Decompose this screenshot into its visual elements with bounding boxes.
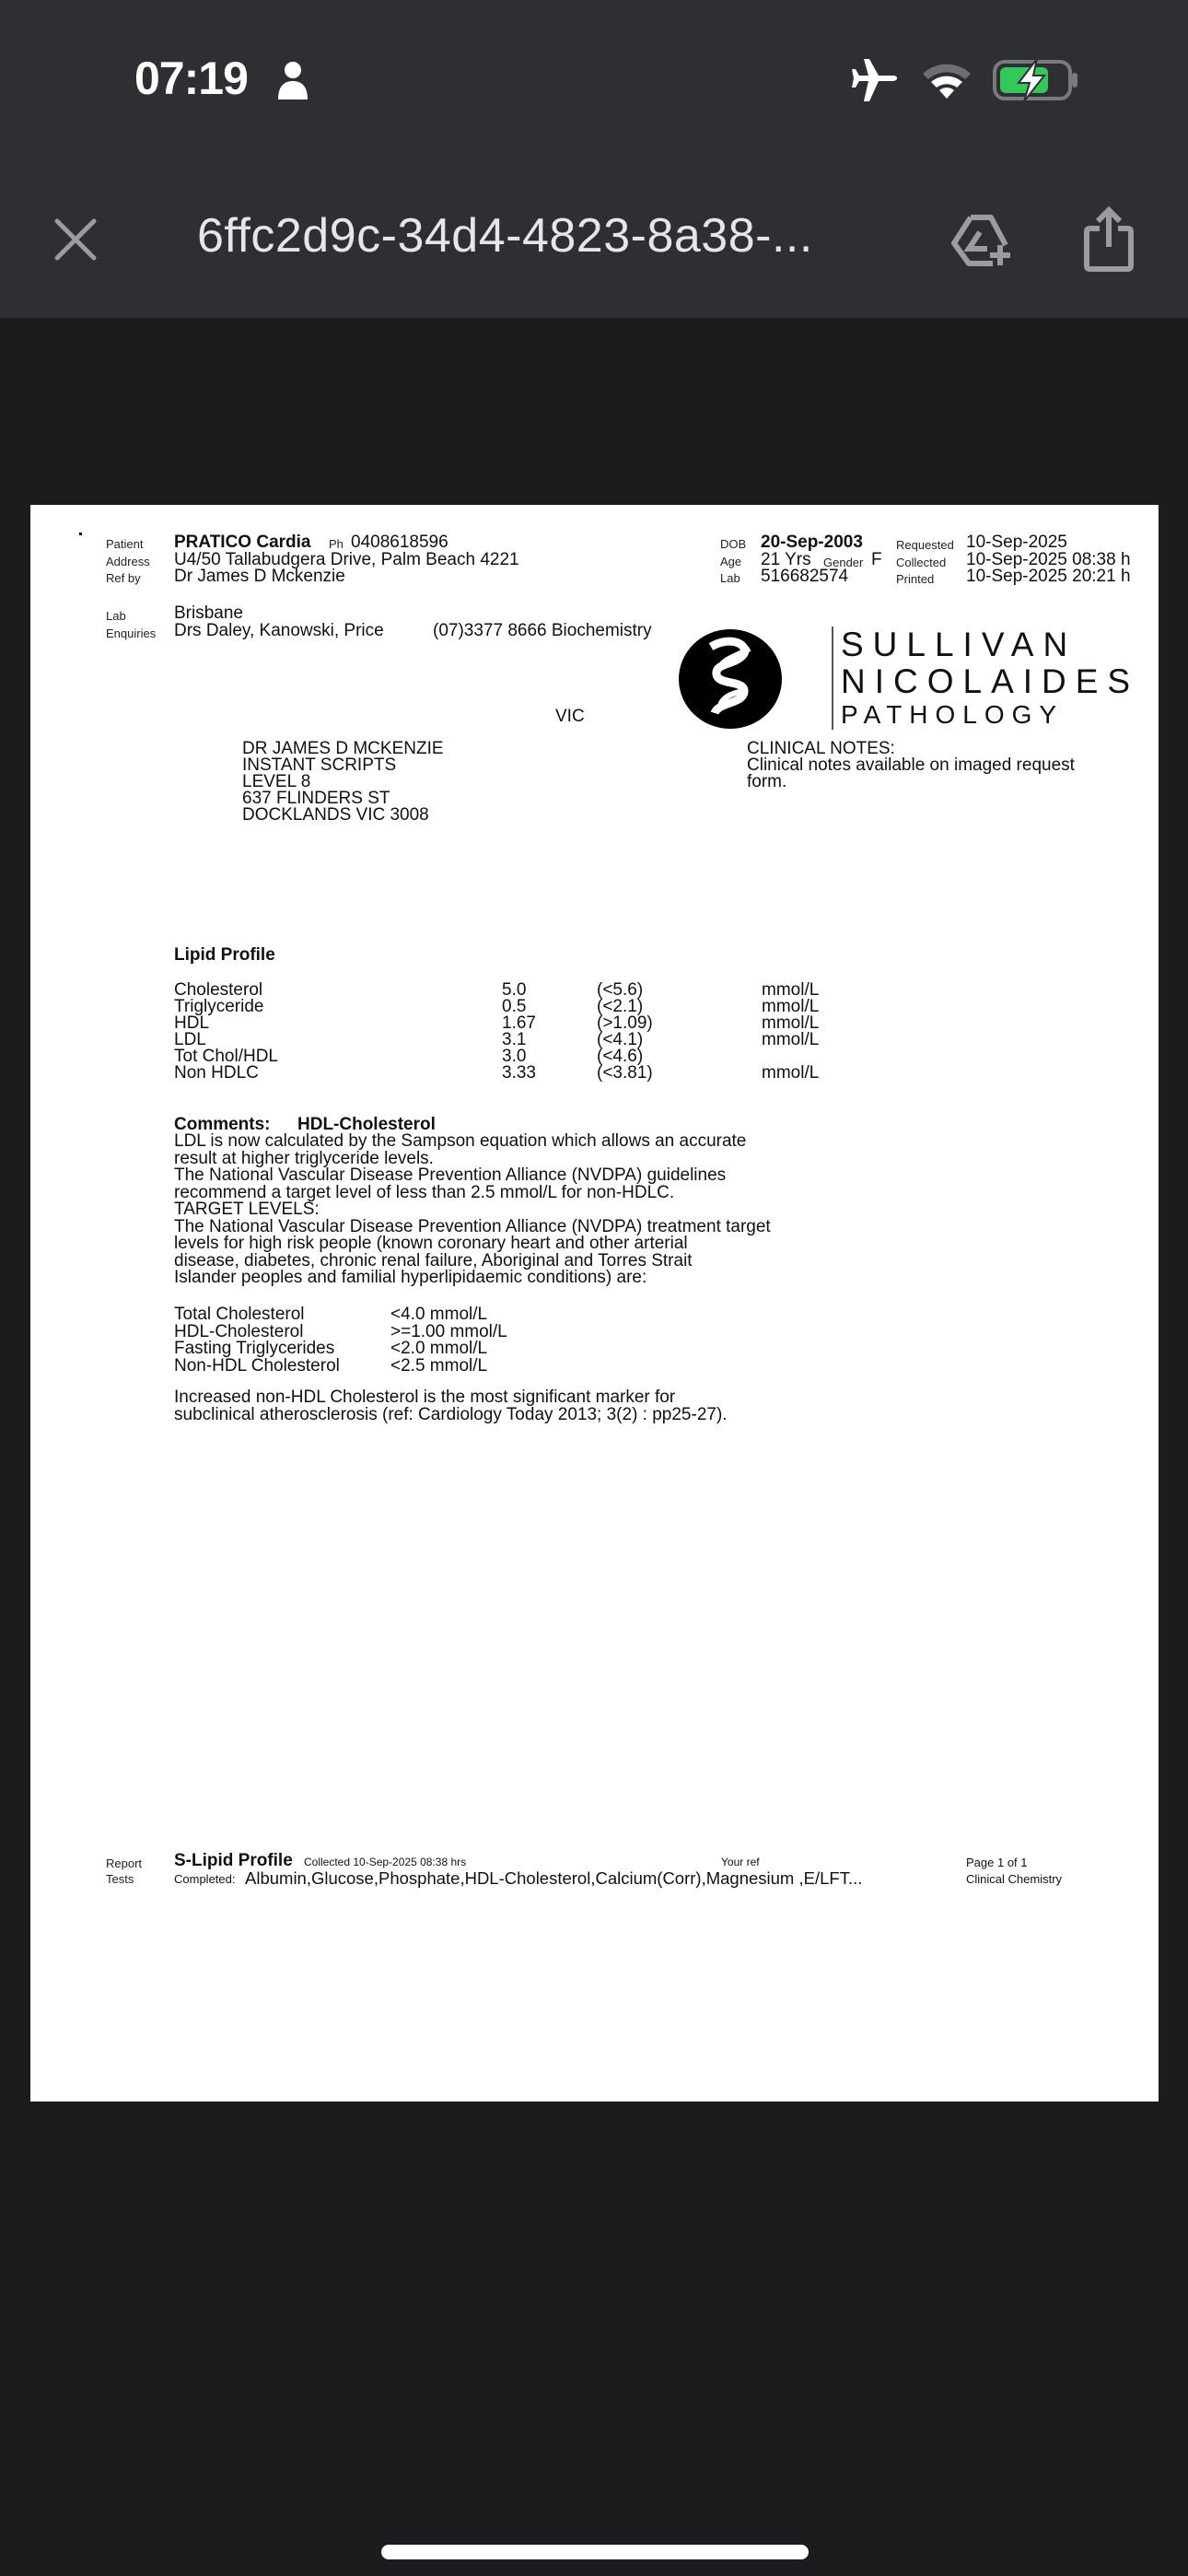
comment-line: Islander peoples and familial hyperlipid… <box>174 1270 771 1287</box>
result-reference-range: (<3.81) <box>597 1065 653 1082</box>
airplane-mode-icon <box>851 59 899 101</box>
page-number: Page 1 of 1 <box>966 1856 1028 1869</box>
wifi-icon <box>921 61 973 100</box>
status-time: 07:19 <box>134 52 248 105</box>
clinical-notes: CLINICAL NOTES: Clinical notes available… <box>747 741 1075 790</box>
section-title: Lipid Profile <box>174 945 275 966</box>
clinical-notes-line: form. <box>747 774 1075 790</box>
lab-location: Brisbane <box>174 604 243 622</box>
result-unit: mmol/L <box>762 1032 819 1048</box>
dob: 20-Sep-2003 <box>761 533 863 551</box>
enquiries-phone: (07)3377 8666 Biochemistry <box>433 622 652 639</box>
result-unit: mmol/L <box>762 1065 819 1082</box>
target-value: <2.5 mmol/L <box>390 1358 487 1376</box>
ref-label: Ref by <box>106 569 141 587</box>
lab-number-label: Lab <box>720 569 740 587</box>
dna-logo-icon <box>678 628 783 730</box>
addressee-block: DR JAMES D MCKENZIE INSTANT SCRIPTS LEVE… <box>242 741 444 824</box>
result-value: 3.33 <box>502 1065 536 1082</box>
requested-date: 10-Sep-2025 <box>966 533 1067 551</box>
clinical-notes-line: Clinical notes available on imaged reque… <box>747 757 1075 774</box>
age-label: Age <box>720 553 741 570</box>
add-to-drive-button[interactable] <box>943 208 1013 271</box>
printed-date: 10-Sep-2025 20:21 h <box>966 568 1131 585</box>
state-label: VIC <box>555 708 585 725</box>
enquiries: Drs Daley, Kanowski, Price <box>174 622 384 639</box>
lab-number: 516682574 <box>761 568 848 585</box>
lab-logo-text: SULLIVAN NICOLAIDES PATHOLOGY <box>832 626 1139 730</box>
comment-line: The National Vascular Disease Prevention… <box>174 1167 771 1185</box>
requested-label: Requested <box>896 536 954 554</box>
person-icon <box>276 61 309 100</box>
gender: F <box>871 551 882 568</box>
comment-line: levels for high risk people (known coron… <box>174 1235 771 1253</box>
comments-footer: Increased non-HDL Cholesterol is the mos… <box>174 1389 728 1423</box>
logo-line-3: PATHOLOGY <box>841 700 1139 730</box>
target-name: Non-HDL Cholesterol <box>174 1356 340 1376</box>
completed-tests: Albumin,Glucose,Phosphate,HDL-Cholestero… <box>245 1868 862 1889</box>
close-button[interactable] <box>50 214 101 265</box>
lab-label: Lab <box>106 607 126 625</box>
logo-line-2: NICOLAIDES <box>841 663 1139 700</box>
patient-label: Patient <box>106 535 143 553</box>
addressee-line: DOCKLANDS VIC 3008 <box>242 807 444 824</box>
target-row: Non-HDL Cholesterol<2.5 mmol/L <box>174 1358 340 1376</box>
results-table: Cholesterol5.0(<5.6)mmol/LTriglyceride0.… <box>174 982 1003 1093</box>
battery-charging-icon <box>993 59 1079 101</box>
comment-footer-line: subclinical atherosclerosis (ref: Cardio… <box>174 1407 728 1424</box>
your-ref-label: Your ref <box>721 1856 760 1868</box>
patient-phone: 0408618596 <box>351 533 448 551</box>
address-label: Address <box>106 553 150 570</box>
document-title: 6ffc2d9c-34d4-4823-8a38-... <box>197 208 813 263</box>
share-button[interactable] <box>1083 205 1135 273</box>
patient-name: PRATICO Cardia <box>174 533 311 551</box>
target-value: <4.0 mmol/L <box>390 1306 487 1324</box>
pdf-page: Patient PRATICO Cardia Ph 0408618596 Add… <box>30 505 1159 2102</box>
home-indicator <box>381 2545 809 2559</box>
tests-label: Tests <box>106 1870 134 1888</box>
comment-footer-line: Increased non-HDL Cholesterol is the mos… <box>174 1389 728 1407</box>
target-value: <2.0 mmol/L <box>390 1341 487 1358</box>
dob-label: DOB <box>720 535 746 553</box>
target-levels: Total Cholesterol<4.0 mmol/LHDL-Choleste… <box>174 1306 340 1375</box>
logo-line-1: SULLIVAN <box>841 626 1139 663</box>
report-collected: Collected 10-Sep-2025 08:38 hrs <box>304 1856 466 1868</box>
comments-body: LDL is now calculated by the Sampson equ… <box>174 1133 771 1287</box>
ref-by: Dr James D Mckenzie <box>174 568 345 585</box>
enquiries-label: Enquiries <box>106 625 156 642</box>
top-bar: 07:19 6ffc2d9c-34d4-4823-8a38-... <box>0 0 1188 318</box>
printed-label: Printed <box>896 570 934 588</box>
result-test-name: Non HDLC <box>174 1065 259 1082</box>
comment-line: TARGET LEVELS: <box>174 1201 771 1219</box>
stray-mark <box>79 533 82 535</box>
department: Clinical Chemistry <box>966 1872 1062 1886</box>
comment-line: LDL is now calculated by the Sampson equ… <box>174 1133 771 1151</box>
collected-label: Collected <box>896 554 946 571</box>
completed-label: Completed: <box>174 1872 235 1886</box>
